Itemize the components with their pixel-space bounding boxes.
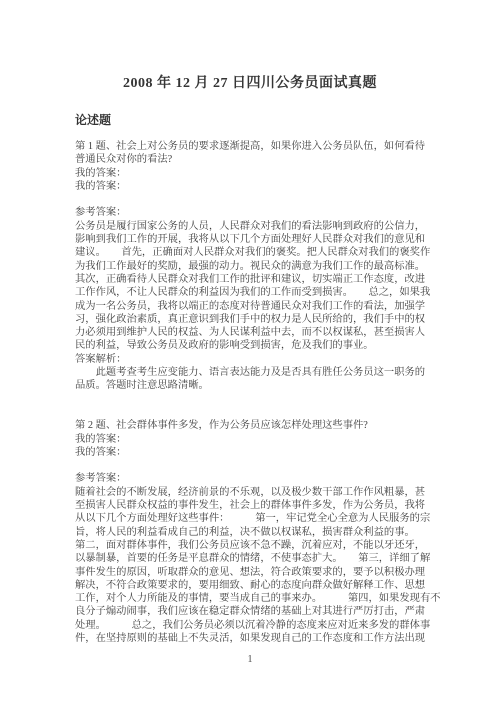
text-line: 工作，对个人力所能及的事情，要当成自己的事来办。 第四，如果发现有不	[75, 592, 442, 605]
document-body: 论述题 第 1 题、社会上对公务员的要求逐渐提高，如果你进入公务员队伍，如何看待…	[75, 113, 442, 645]
text-line: 随着社会的不断发展，经济前景的不乐观，以及极少数干部工作作风粗暴，甚	[75, 486, 442, 499]
text-line: 品质。答题时注意思路清晰。	[75, 379, 442, 392]
question-2-text: 第 2 题、社会群体事件多发，作为公务员应该怎样处理这些事件?	[75, 419, 442, 432]
text-line: 第二，面对群体事件，我们公务员应该不急不躁，沉着应对，不能以牙还牙，	[75, 539, 442, 552]
question-2-my-answer-labels: 我的答案：我的答案：	[75, 433, 442, 460]
text-line: 我的答案：	[75, 180, 442, 193]
text-line: 普通民众对你的看法?	[75, 153, 442, 166]
text-line: 力必须用到维护人民的权益、为人民谋利益中去，而不以权谋私，甚至损害人	[75, 326, 442, 339]
text-line: 件，在坚持原则的基础上不失灵活，如果发现自己的工作态度和工作方法出现	[75, 632, 442, 645]
text-line: 我的答案：	[75, 433, 442, 446]
text-line: 成为一名公务员，我将以端正的态度对待普通民众对我们工作的看法，加强学	[75, 300, 442, 313]
text-line: 从以下几个方面处理好这些事件： 第一，牢记党全心全意为人民服务的宗	[75, 512, 442, 525]
question-1-analysis-text: 此题考查考生应变能力、语言表达能力及是否具有胜任公务员这一职务的品质。答题时注意…	[75, 366, 442, 393]
document-title: 2008 年 12 月 27 日四川公务员面试真题	[0, 74, 500, 93]
question-block-2: 第 2 题、社会群体事件多发，作为公务员应该怎样处理这些事件? 我的答案：我的答…	[75, 419, 442, 645]
text-line: 以暴制暴，首要的任务是平息群众的情绪，不使事态扩大。 第三，详细了解	[75, 552, 442, 565]
text-line: 其次，正确看待人民群众对我们工作的批评和建议，切实端正工作态度，改进	[75, 273, 442, 286]
text-line: 良分子煽动闹事，我们应该在稳定群众情绪的基础上对其进行严厉打击，严肃	[75, 605, 442, 618]
text-line: 解决，不符合政策要求的，要用细致、耐心的态度向群众做好解释工作、思想	[75, 579, 442, 592]
text-line: 处理。 总之，我们公务员必须以沉着冷静的态度来应对近来多发的群体事	[75, 619, 442, 632]
text-line: 习，强化政治素质，真正意识到我们手中的权力是人民所给的，我们手中的权	[75, 313, 442, 326]
section-heading: 论述题	[75, 113, 442, 128]
text-line: 此题考查考生应变能力、语言表达能力及是否具有胜任公务员这一职务的	[75, 366, 442, 379]
document-page: 2008 年 12 月 27 日四川公务员面试真题 论述题 第 1 题、社会上对…	[0, 0, 500, 707]
page-number: 1	[0, 654, 500, 665]
text-line: 旨，将人民的利益看成自己的利益，决不做以权谋私，损害群众利益的事。	[75, 526, 442, 539]
question-2-reference-answer-text: 随着社会的不断发展，经济前景的不乐观，以及极少数干部工作作风粗暴，甚至损害人民群…	[75, 486, 442, 646]
text-line: 事件发生的原因，听取群众的意见、想法，符合政策要求的，要予以积极办理	[75, 566, 442, 579]
text-line: 建议。 首先，正确面对人民群众对我们的褒奖。把人民群众对我们的褒奖作	[75, 246, 442, 259]
question-1-analysis-label: 答案解析：	[75, 353, 442, 366]
text-line: 我的答案：	[75, 167, 442, 180]
text-line: 第 2 题、社会群体事件多发，作为公务员应该怎样处理这些事件?	[75, 419, 442, 432]
text-line: 至损害人民群众权益的事件发生，社会上的群体事件多发，作为公务员，我将	[75, 499, 442, 512]
question-1-text: 第 1 题、社会上对公务员的要求逐渐提高，如果你进入公务员队伍，如何看待普通民众…	[75, 140, 442, 167]
text-line: 公务员是履行国家公务的人员，人民群众对我们的看法影响到政府的公信力，	[75, 220, 442, 233]
question-block-1: 第 1 题、社会上对公务员的要求逐渐提高，如果你进入公务员队伍，如何看待普通民众…	[75, 140, 442, 393]
question-1-reference-answer-label: 参考答案：	[75, 206, 442, 219]
text-line: 我的答案：	[75, 446, 442, 459]
blank-line	[75, 459, 442, 472]
text-line: 为我们工作最好的奖励，最强的动力。视民众的满意为我们工作的最高标准。	[75, 260, 442, 273]
blank-line	[75, 193, 442, 206]
question-2-reference-answer-label: 参考答案：	[75, 472, 442, 485]
blank-line	[75, 406, 442, 419]
question-1-my-answer-labels: 我的答案：我的答案：	[75, 167, 442, 194]
question-1-reference-answer-text: 公务员是履行国家公务的人员，人民群众对我们的看法影响到政府的公信力，影响到我们工…	[75, 220, 442, 353]
text-line: 第 1 题、社会上对公务员的要求逐渐提高，如果你进入公务员队伍，如何看待	[75, 140, 442, 153]
text-line: 工作作风，不让人民群众的利益因为我们的工作而受到损害。 总之，如果我	[75, 286, 442, 299]
blank-line	[75, 393, 442, 406]
text-line: 影响到我们工作的开展，我将从以下几个方面处理好人民群众对我们的意见和	[75, 233, 442, 246]
text-line: 民的利益，导致公务员及政府的影响受到损害，危及我们的事业。	[75, 339, 442, 352]
